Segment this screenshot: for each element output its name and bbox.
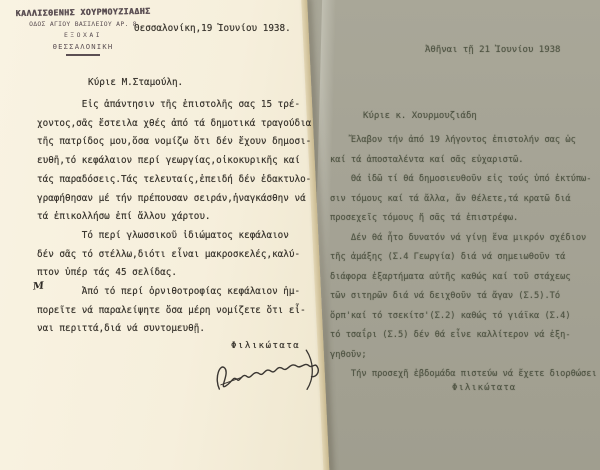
body-line: Θά ἰδῶ τί θά δημοσιευθοῦν εἰς τούς ὑπό ἐ… xyxy=(330,170,596,190)
scanned-letters-page: Ἀθῆναι τῇ 21 Ἰουνίου 1938 Κύριε κ. Χουρμ… xyxy=(0,0,600,470)
body-line: προσεχεῖς τόμους ἤ σᾶς τά ἐπιστρέφω. xyxy=(330,209,596,229)
body-line: τά ἐπικολλήσω ἐπί ἄλλου χάρτου. xyxy=(37,208,315,227)
body-line: Ἔλαβον τήν ἀπό 19 λήγοντος ἐπιστολήν σας… xyxy=(330,131,596,151)
letterhead-city: ΘΕΣΣΑΛΟΝΙΚΗ xyxy=(0,42,172,51)
body-line: τάς παραδόσεις.Τάς τελευταίς,ἐπειδή δέν … xyxy=(37,171,315,190)
right-letter-body: Ἔλαβον τήν ἀπό 19 λήγοντος ἐπιστολήν σας… xyxy=(330,131,596,385)
body-line: πτον ὑπέρ τάς 45 σελίδας. xyxy=(37,264,315,283)
body-line: γραφήθησαν μέ τήν πρέπουσαν σειράν,ἠναγκ… xyxy=(37,190,315,209)
body-line: ναι περιττά,διά νά συντομευθῇ. xyxy=(37,320,315,339)
letterhead-name: ΚΑΛΛΙΣΘΕΝΗΣ ΧΟΥΡΜΟΥΖΙΑΔΗΣ xyxy=(0,5,172,18)
body-line: δέν σᾶς τό στέλλω,διότι εἶναι μακροσκελέ… xyxy=(37,246,315,265)
body-line: Τό περί γλωσσικοῦ ἰδιώματος κεφάλαιον xyxy=(37,227,315,246)
body-line: Τήν προσεχῆ ἑβδομάδα πιστεύω νά ἔχετε δι… xyxy=(330,365,596,385)
handwritten-margin-note: Μ xyxy=(32,280,44,292)
left-letter-dateline: Θεσσαλονίκη,19 Ἰουνίου 1938. xyxy=(134,23,291,34)
body-line: Ἀπό τό περί ὀρνιθοτροφίας κεφάλαιον ἠμ- xyxy=(37,283,315,302)
body-line: ευθῆ,τό κεφάλαιον περί γεωργίας,οἰκοκυρι… xyxy=(37,152,315,171)
body-line: ὅρπ'καί τό τσεκίτσ'(Σ.2) καθώς τό γιάϊκα… xyxy=(330,307,596,327)
body-line: διάφορα ἐξαρτήματα αὐτῆς καθώς καί τοῦ σ… xyxy=(330,268,596,288)
body-line: Δέν θά ἦτο δυνατόν νά γίνῃ ἕνα μικρόν σχ… xyxy=(330,229,596,249)
body-line: τῶν σιτηρῶν διά νά δειχθοῦν τά ἄγαν (Σ.5… xyxy=(330,287,596,307)
right-letter-dateline: Ἀθῆναι τῇ 21 Ἰουνίου 1938 xyxy=(425,45,560,55)
left-letter-salutation: Κύριε Μ.Σταμούλη. xyxy=(88,77,183,88)
right-letter-closing: Φιλικώτατα xyxy=(452,383,516,393)
body-line: γηθοῦν; xyxy=(330,346,596,366)
body-line: τό τσαΐρι (Σ.5) δέν θά εἶνε καλλίτερον ν… xyxy=(330,326,596,346)
right-letter-salutation: Κύριε κ. Χουρμουζιάδη xyxy=(363,111,477,121)
body-line: σιν τόμους καί τά ἄλλα, ἄν θέλετε,τά κρα… xyxy=(330,190,596,210)
body-line: τῆς ἁμάξης (Σ.4 Γεωργία) διά νά σημειωθο… xyxy=(330,248,596,268)
body-line: καί τά ἀποσταλέντα καί σᾶς εὐχαριστῶ. xyxy=(330,151,596,171)
letterhead-rule xyxy=(66,54,100,56)
left-letter-body: Εἰς ἀπάντησιν τῆς ἐπιστολῆς σας 15 τρέ- … xyxy=(37,96,315,339)
body-line: χοντος,σᾶς ἔστειλα χθές ἀπό τά δημοτικά … xyxy=(37,115,315,134)
body-line: Εἰς ἀπάντησιν τῆς ἐπιστολῆς σας 15 τρέ- xyxy=(37,96,315,115)
body-line: τῆς πατρίδος μου,ὅσα νομίζω ὅτι δέν ἔχου… xyxy=(37,133,315,152)
body-line: πορεῖτε νά παραλείψητε ὅσα μέρη νομίζετε… xyxy=(37,302,315,321)
